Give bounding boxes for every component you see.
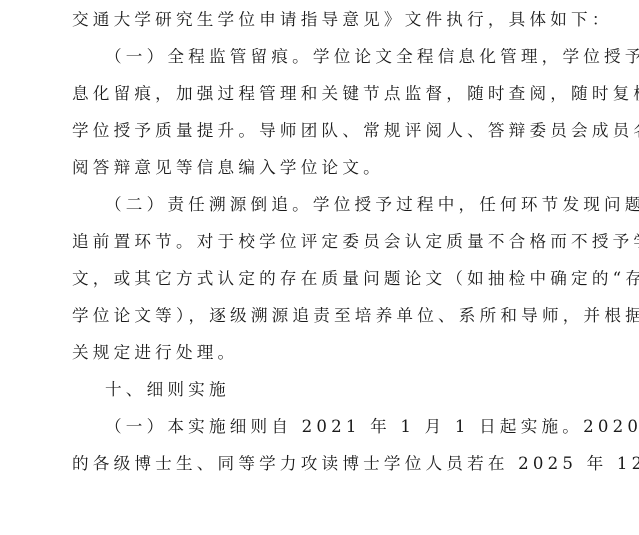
- text-line: 学位授予质量提升。导师团队、常规评阅人、答辩委员会成员名单、评: [72, 120, 572, 142]
- text-line: 关规定进行处理。: [72, 342, 572, 364]
- paragraph-start-line: （二）责任溯源倒追。学位授予过程中，任何环节发现问题即刻倒: [105, 194, 605, 216]
- document-page: 交通大学研究生学位申请指导意见》文件执行，具体如下： （一）全程监管留痕。学位论…: [0, 0, 639, 535]
- text-line: 息化留痕，加强过程管理和关键节点监督，随时查阅，随时复核，实现: [72, 83, 572, 105]
- text-line: 阅答辩意见等信息编入学位论文。: [72, 157, 572, 179]
- text-line: 文，或其它方式认定的存在质量问题论文（如抽检中确定的“存在问题”: [72, 268, 572, 290]
- text-line: 学位论文等），逐级溯源追责至培养单位、系所和导师，并根据学校有: [72, 305, 572, 327]
- paragraph-start-line: （一）本实施细则自 2021 年 1 月 1 日起实施。2020 级及以前入学: [105, 416, 605, 438]
- paragraph-start-line: （一）全程监管留痕。学位论文全程信息化管理，学位授予全程信: [105, 46, 605, 68]
- text-line: 交通大学研究生学位申请指导意见》文件执行，具体如下：: [72, 9, 572, 31]
- text-line: 追前置环节。对于校学位评定委员会认定质量不合格而不授予学位的论: [72, 231, 572, 253]
- section-heading: 十、细则实施: [105, 379, 605, 401]
- text-line: 的各级博士生、同等学力攻读博士学位人员若在 2025 年 12 月 31 日前: [72, 453, 572, 475]
